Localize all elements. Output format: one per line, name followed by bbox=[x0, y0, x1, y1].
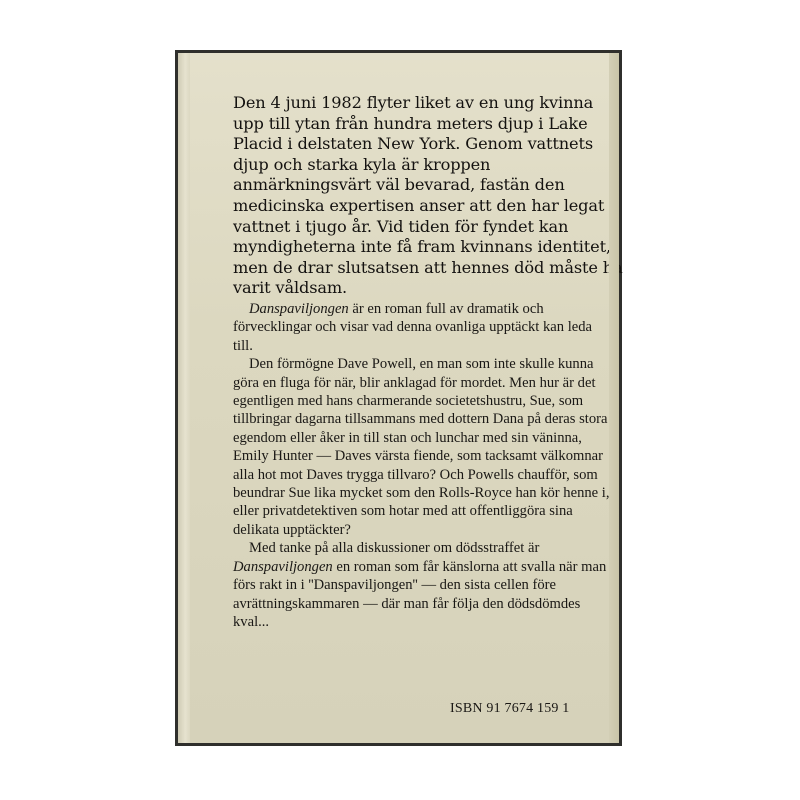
isbn: ISBN 91 7674 159 1 bbox=[450, 701, 570, 717]
description-paragraph: Med tanke på alla diskussioner om dödsst… bbox=[233, 539, 613, 631]
book-title: Danspaviljongen bbox=[249, 301, 349, 317]
blurb-text: Den 4 juni 1982 flyter liket av en ung k… bbox=[233, 93, 623, 299]
description: Danspaviljongen är en roman full av dram… bbox=[233, 300, 613, 631]
book-title: Danspaviljongen bbox=[233, 559, 333, 575]
description-paragraph: Danspaviljongen är en roman full av dram… bbox=[233, 300, 613, 355]
book-back-cover: Den 4 juni 1982 flyter liket av en ung k… bbox=[175, 50, 622, 746]
description-paragraph: Den förmögne Dave Powell, en man som int… bbox=[233, 355, 613, 539]
